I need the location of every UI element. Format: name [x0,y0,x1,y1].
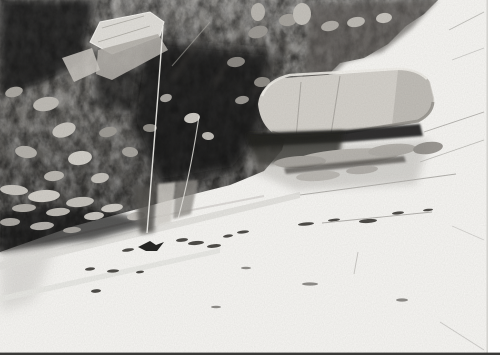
photo-edge-right [487,0,488,353]
scan-margin-right [488,0,500,353]
photograph [0,0,500,361]
film-grain [0,0,500,353]
scan-canvas [0,0,500,361]
photo-edge-bottom [0,353,500,355]
scan-margin-bottom [0,355,500,361]
